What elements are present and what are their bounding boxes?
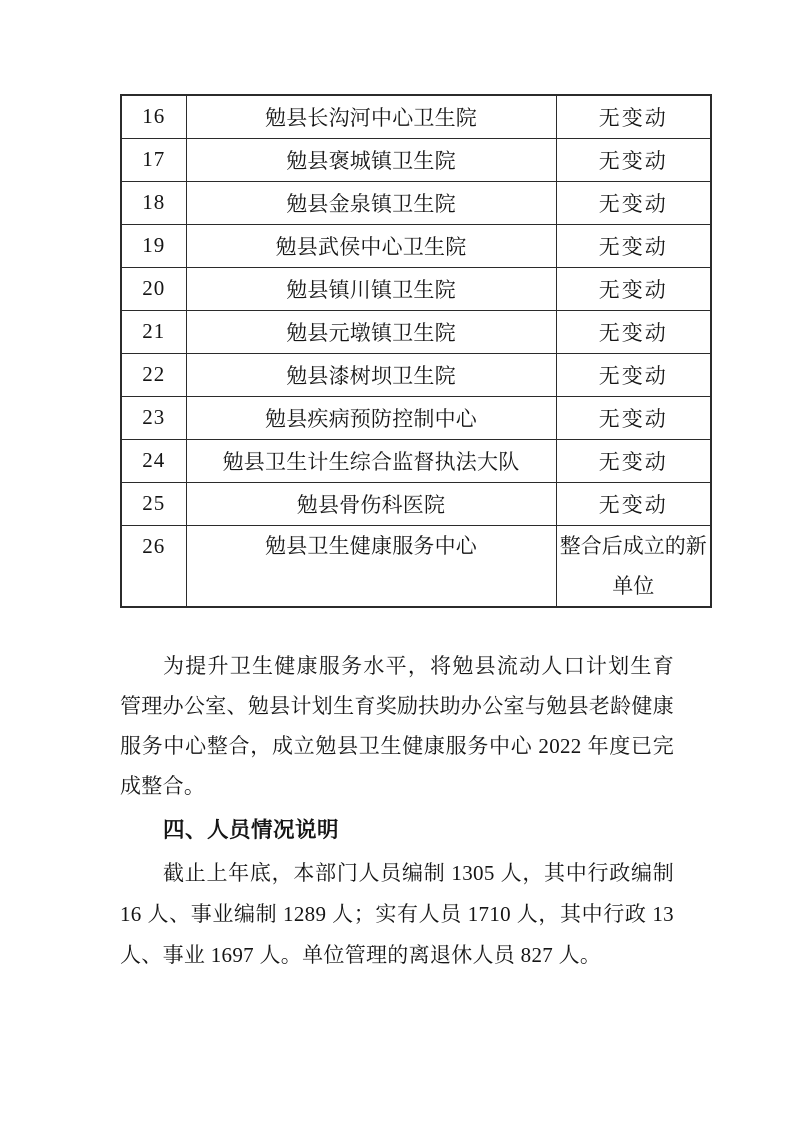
table-row: 25 勉县骨伤科医院 无变动 xyxy=(121,482,711,525)
body-text-block: 为提升卫生健康服务水平，将勉县流动人口计划生育管理办公室、勉县计划生育奖励扶助办… xyxy=(120,646,674,976)
unit-name-cell: 勉县卫生健康服务中心 xyxy=(186,525,556,607)
table-row: 23 勉县疾病预防控制中心 无变动 xyxy=(121,396,711,439)
table-row: 18 勉县金泉镇卫生院 无变动 xyxy=(121,181,711,224)
unit-name-cell: 勉县骨伤科医院 xyxy=(186,482,556,525)
table-row: 16 勉县长沟河中心卫生院 无变动 xyxy=(121,95,711,138)
status-cell: 无变动 xyxy=(556,439,711,482)
table-row: 19 勉县武侯中心卫生院 无变动 xyxy=(121,224,711,267)
row-number-cell: 26 xyxy=(121,525,186,607)
unit-name-cell: 勉县金泉镇卫生院 xyxy=(186,181,556,224)
units-table: 16 勉县长沟河中心卫生院 无变动 17 勉县褒城镇卫生院 无变动 18 勉县金… xyxy=(120,94,712,608)
table-row: 21 勉县元墩镇卫生院 无变动 xyxy=(121,310,711,353)
table-row: 17 勉县褒城镇卫生院 无变动 xyxy=(121,138,711,181)
status-cell: 无变动 xyxy=(556,310,711,353)
unit-name-cell: 勉县疾病预防控制中心 xyxy=(186,396,556,439)
row-number-cell: 21 xyxy=(121,310,186,353)
row-number-cell: 20 xyxy=(121,267,186,310)
status-cell: 无变动 xyxy=(556,138,711,181)
status-cell: 无变动 xyxy=(556,224,711,267)
unit-name-cell: 勉县漆树坝卫生院 xyxy=(186,353,556,396)
row-number-cell: 18 xyxy=(121,181,186,224)
table-row: 20 勉县镇川镇卫生院 无变动 xyxy=(121,267,711,310)
unit-name-cell: 勉县卫生计生综合监督执法大队 xyxy=(186,439,556,482)
unit-name-cell: 勉县武侯中心卫生院 xyxy=(186,224,556,267)
integration-paragraph: 为提升卫生健康服务水平，将勉县流动人口计划生育管理办公室、勉县计划生育奖励扶助办… xyxy=(120,646,674,806)
document-page: 16 勉县长沟河中心卫生院 无变动 17 勉县褒城镇卫生院 无变动 18 勉县金… xyxy=(0,0,793,1122)
row-number-cell: 17 xyxy=(121,138,186,181)
table-row: 22 勉县漆树坝卫生院 无变动 xyxy=(121,353,711,396)
unit-name-cell: 勉县元墩镇卫生院 xyxy=(186,310,556,353)
status-cell: 无变动 xyxy=(556,353,711,396)
unit-name-cell: 勉县长沟河中心卫生院 xyxy=(186,95,556,138)
status-cell: 无变动 xyxy=(556,95,711,138)
row-number-cell: 22 xyxy=(121,353,186,396)
status-cell: 无变动 xyxy=(556,181,711,224)
section-heading: 四、人员情况说明 xyxy=(120,810,674,850)
status-cell: 整合后成立的新单位 xyxy=(556,525,711,607)
table-row: 26 勉县卫生健康服务中心 整合后成立的新单位 xyxy=(121,525,711,607)
table-row: 24 勉县卫生计生综合监督执法大队 无变动 xyxy=(121,439,711,482)
row-number-cell: 16 xyxy=(121,95,186,138)
row-number-cell: 25 xyxy=(121,482,186,525)
row-number-cell: 24 xyxy=(121,439,186,482)
row-number-cell: 19 xyxy=(121,224,186,267)
unit-name-cell: 勉县镇川镇卫生院 xyxy=(186,267,556,310)
status-cell: 无变动 xyxy=(556,482,711,525)
status-cell: 无变动 xyxy=(556,267,711,310)
row-number-cell: 23 xyxy=(121,396,186,439)
unit-name-cell: 勉县褒城镇卫生院 xyxy=(186,138,556,181)
personnel-paragraph: 截止上年底，本部门人员编制 1305 人，其中行政编制 16 人、事业编制 12… xyxy=(120,853,674,976)
status-cell: 无变动 xyxy=(556,396,711,439)
